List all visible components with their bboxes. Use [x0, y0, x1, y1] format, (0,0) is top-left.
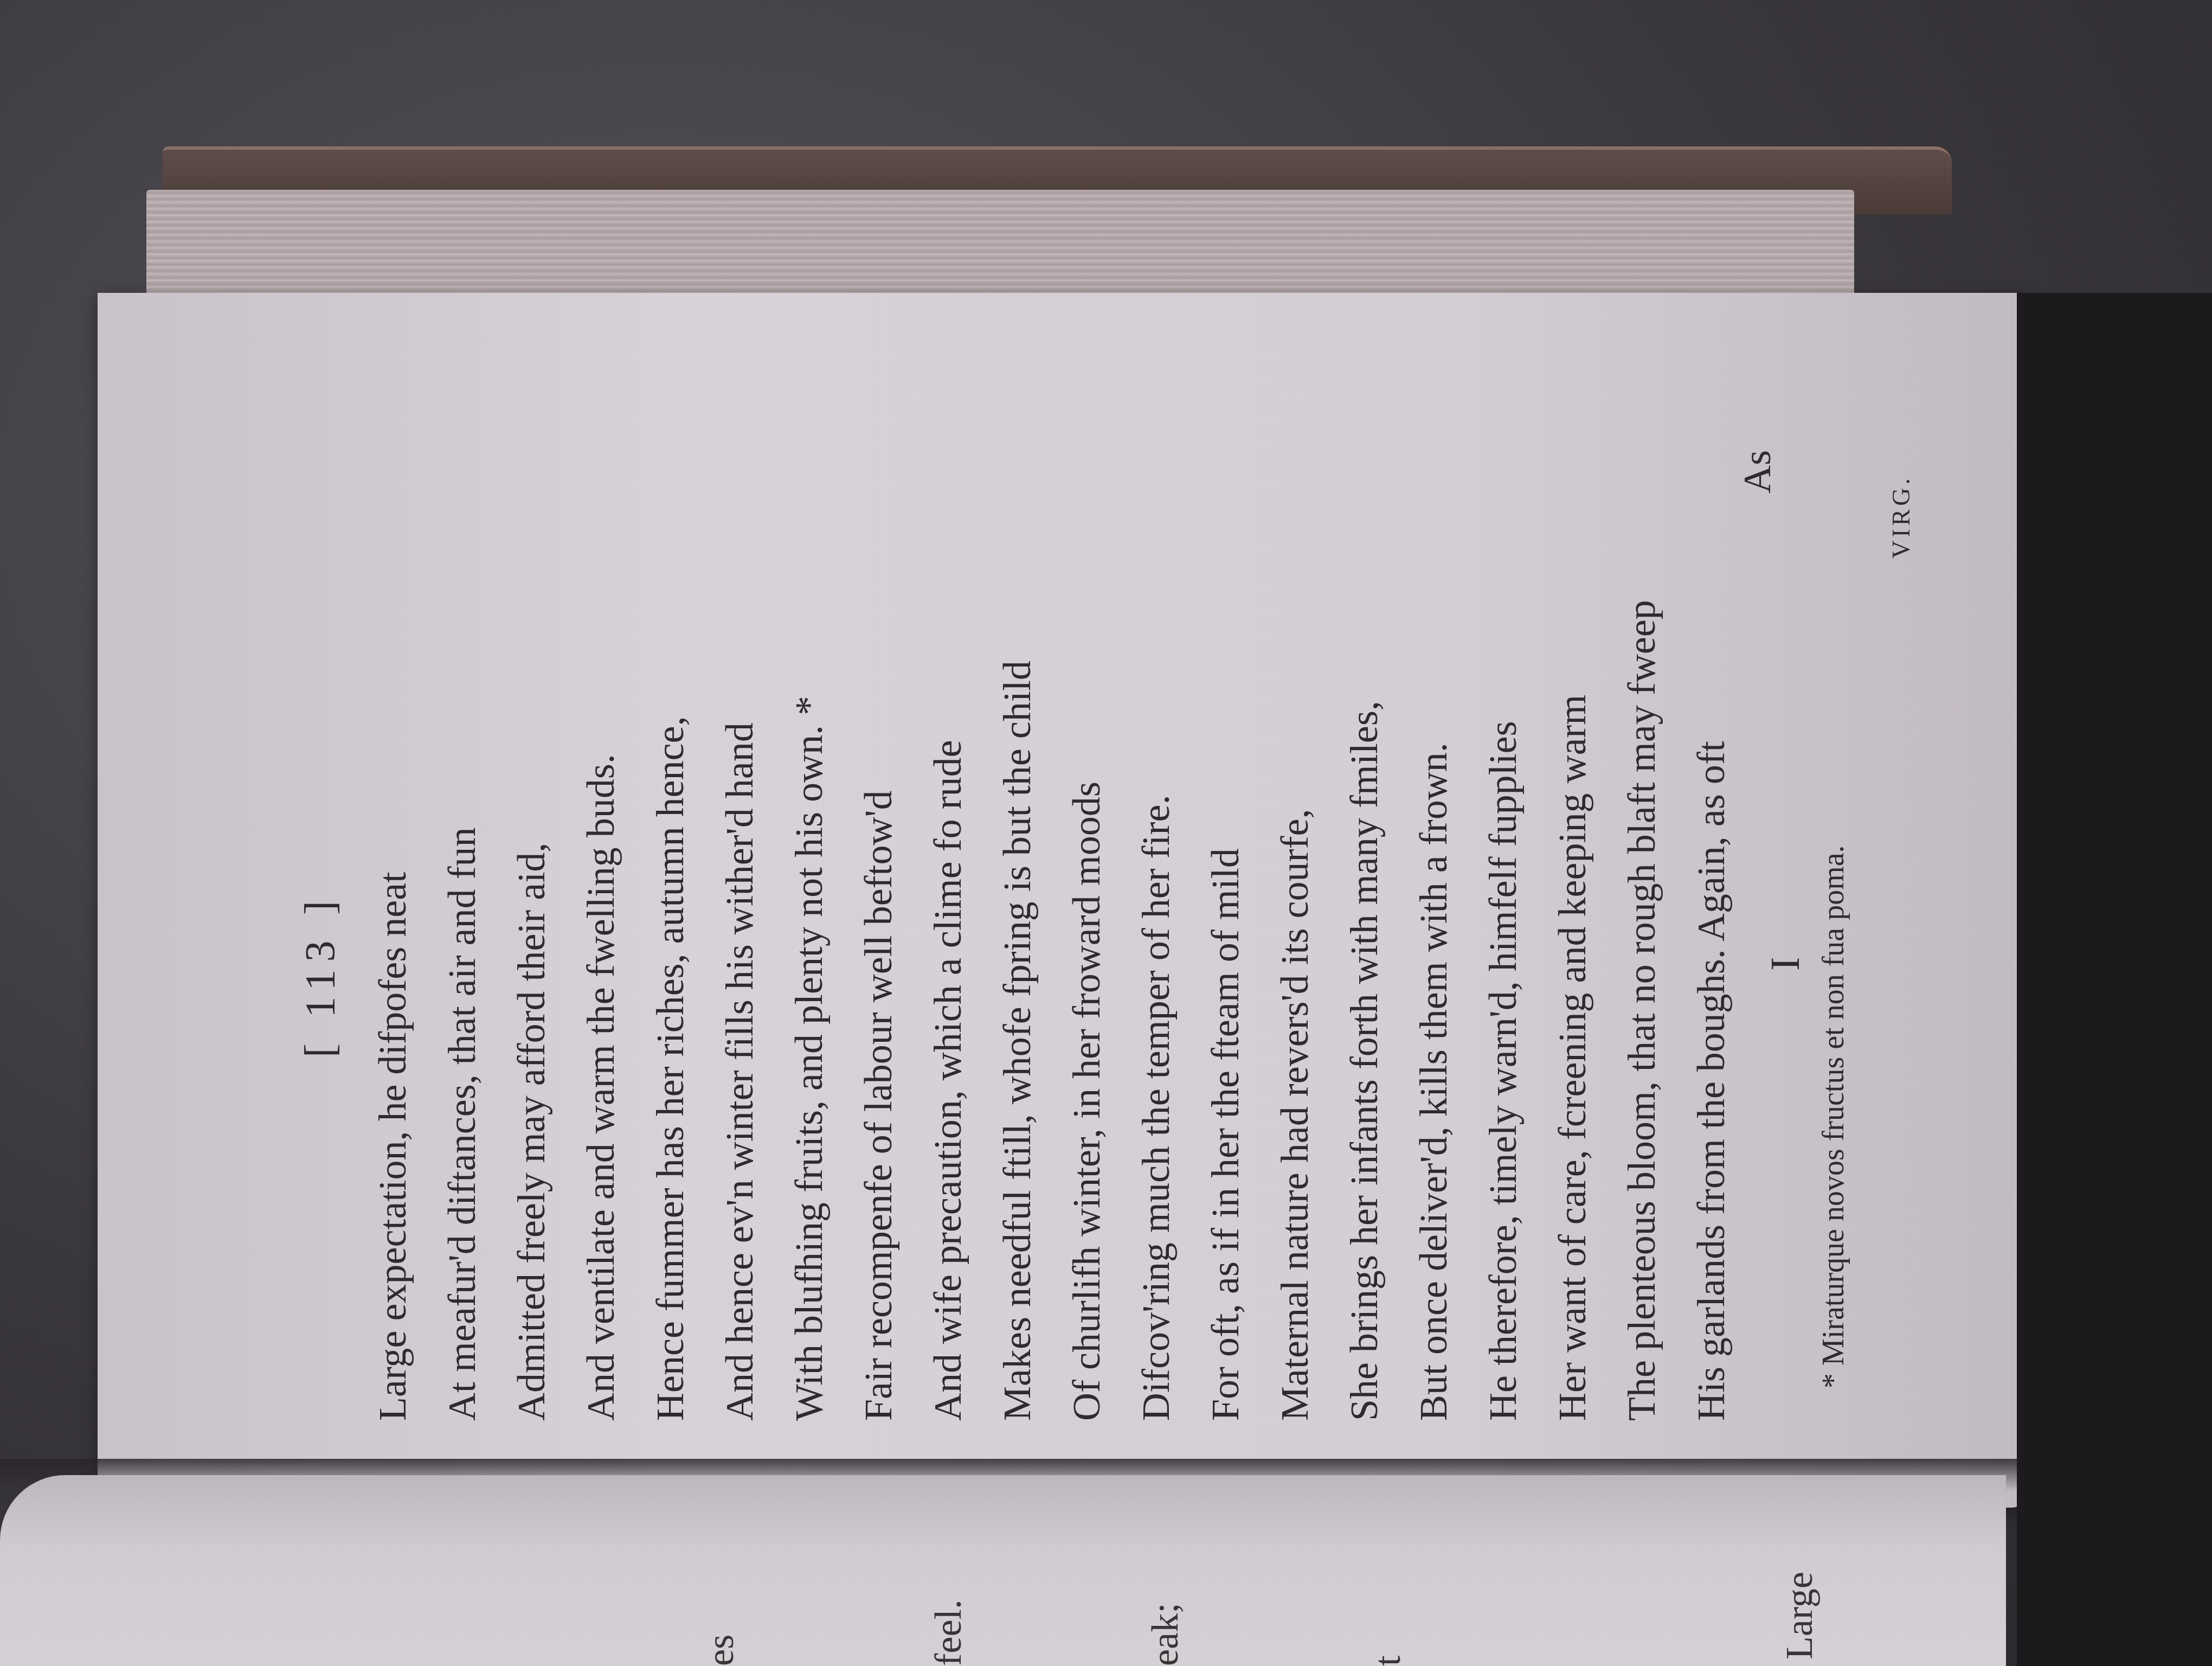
poem-line: At meafur'd diftances, that air and fun	[427, 600, 497, 1421]
poem-line: But once deliver'd, kills them with a fr…	[1399, 600, 1468, 1421]
poem-body: Large expectation, he difpofes neat At m…	[358, 600, 1746, 1421]
left-page	[0, 1475, 2006, 1666]
poem-line: Large expectation, he difpofes neat	[358, 600, 427, 1421]
poem-line: The plenteous bloom, that no rough blaft…	[1607, 600, 1676, 1421]
poem-line: And hence ev'n winter fills his wither'd…	[705, 600, 774, 1421]
left-page-fragment: es	[699, 1635, 743, 1666]
poem-line: And wife precaution, which a clime fo ru…	[913, 600, 982, 1421]
catchword: As	[1735, 450, 1780, 494]
left-page-fragment: feel.	[927, 1600, 970, 1666]
poem-line: For oft, as if in her the fteam of mild	[1191, 600, 1260, 1421]
footnote-attribution: VIRG.	[1887, 475, 1915, 559]
poem-line: And ventilate and warm the fwelling buds…	[566, 600, 635, 1421]
left-page-catchword: Large	[1778, 1572, 1822, 1659]
poem-line: With blufhing fruits, and plenty not his…	[774, 600, 844, 1421]
poem-line: Fair recompenfe of labour well beftow'd	[844, 600, 913, 1421]
left-page-fragment: eak;	[1144, 1603, 1187, 1666]
page-number-header: [ 113 ]	[295, 893, 344, 1058]
footnote: * Miraturque novos fructus et non fua po…	[1816, 845, 1851, 1388]
poem-line: Of churlifh winter, in her froward moods	[1052, 600, 1121, 1421]
poem-line: Admitted freely may afford their aid,	[497, 600, 566, 1421]
poem-line: Difcov'ring much the temper of her fire.	[1121, 600, 1191, 1421]
signature-mark: I	[1762, 957, 1809, 971]
poem-line: Hence fummer has her riches, autumn henc…	[635, 600, 705, 1421]
poem-line: He therefore, timely warn'd, himfelf fup…	[1468, 600, 1538, 1421]
poem-line: His garlands from the boughs. Again, as …	[1676, 600, 1746, 1421]
poem-line: Makes needful ftill, whofe fpring is but…	[982, 600, 1052, 1421]
left-page-fragment: t	[1366, 1656, 1410, 1666]
background-shadow	[2017, 293, 2212, 1666]
poem-line: Maternal nature had revers'd its courfe,	[1260, 600, 1329, 1421]
poem-line: Her want of care, fcreening and keeping …	[1538, 600, 1607, 1421]
poem-line: She brings her infants forth with many f…	[1329, 600, 1399, 1421]
book-photo: [ 113 ] Large expectation, he difpofes n…	[0, 0, 2212, 1666]
